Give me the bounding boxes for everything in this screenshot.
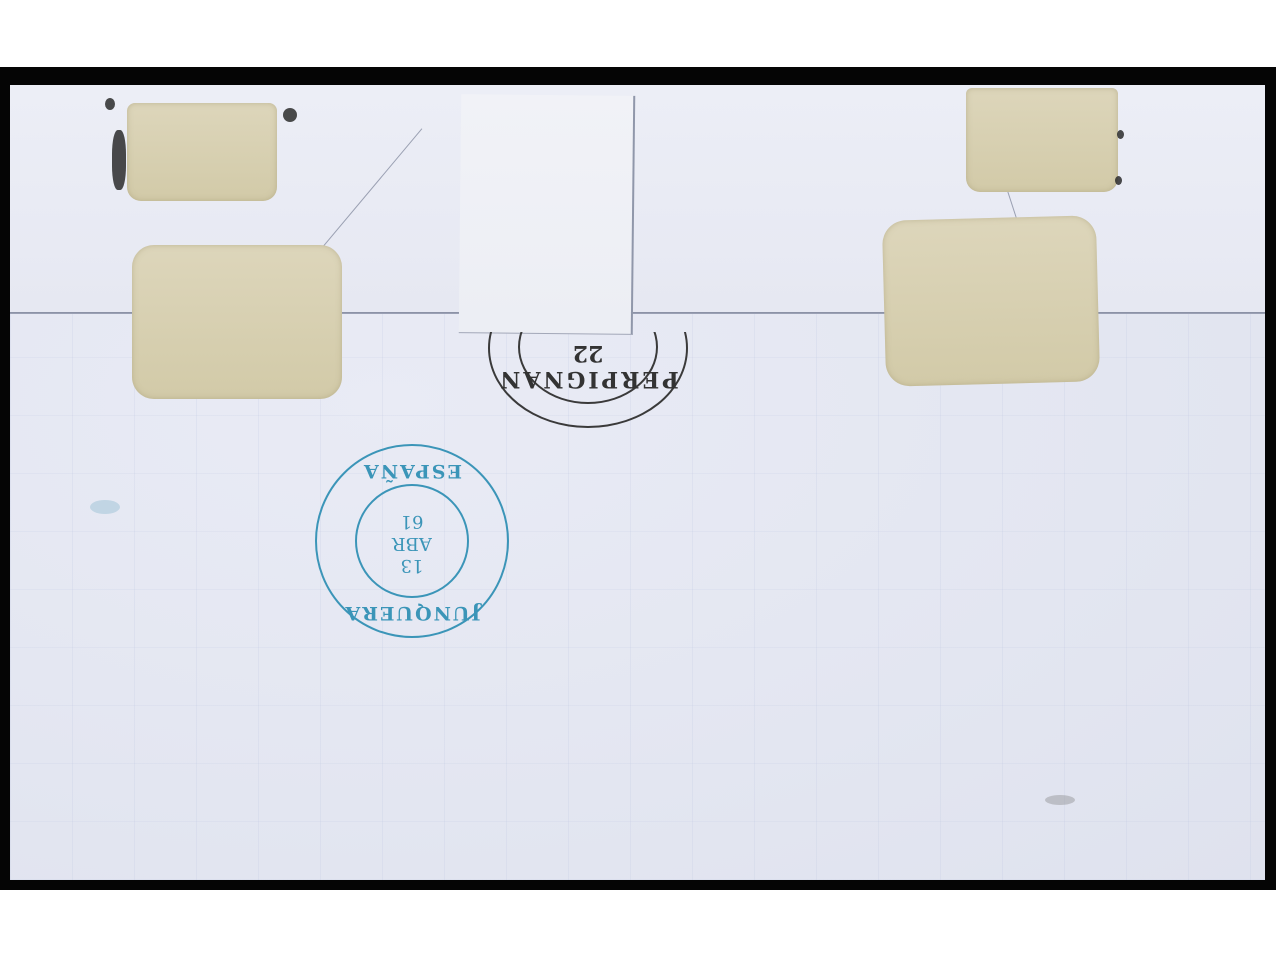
stamp-hinge-remnant	[127, 103, 277, 201]
postmark-day: 22	[490, 340, 686, 366]
ink-blot	[1117, 130, 1124, 139]
stamp-hinge-remnant	[882, 215, 1100, 387]
postmark-country: ESPAÑA	[317, 460, 507, 482]
stamp-hinge-remnant	[132, 245, 342, 399]
postmark-junquera: JUNQUERA 13 ABR 61 ESPAÑA	[315, 444, 509, 638]
postmark-town: PERPIGNAN	[490, 366, 686, 392]
postmark-date-day: 13	[317, 554, 507, 576]
postmark-town: JUNQUERA	[317, 602, 507, 624]
paper-insert	[459, 94, 635, 335]
ink-smudge	[90, 500, 120, 514]
ink-blot	[112, 130, 126, 190]
ink-blot	[1115, 176, 1122, 185]
ink-blot	[105, 98, 115, 110]
postmark-date: 13 ABR 61	[317, 510, 507, 576]
postmark-date-month: ABR	[317, 532, 507, 554]
postmark-date-year: 61	[317, 510, 507, 532]
stamp-hinge-remnant	[966, 88, 1118, 192]
ink-smudge	[1045, 795, 1075, 805]
ink-blot	[283, 108, 297, 122]
